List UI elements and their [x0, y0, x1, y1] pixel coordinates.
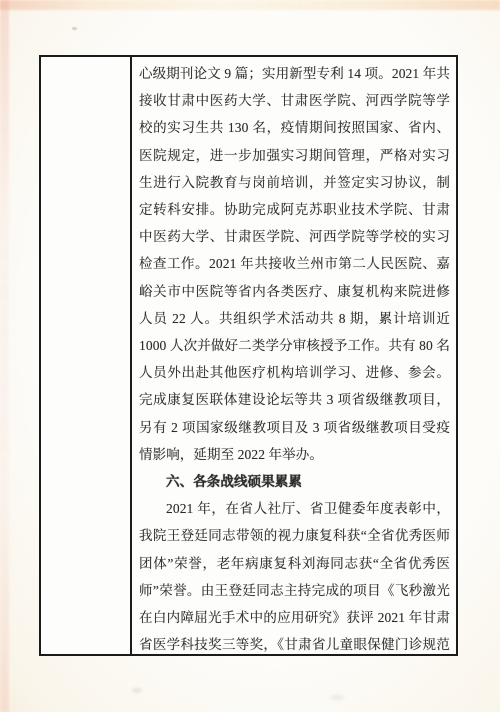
body-paragraph-continued: 心级期刊论文 9 篇；实用新型专利 14 项。2021 年共接收甘肃中医药大学、…	[139, 60, 450, 468]
scan-artifact-speck	[132, 688, 142, 693]
body-paragraph-achievements: 2021 年，在省人社厅、省卫健委年度表彰中，我院王登廷同志带领的视力康复科获“…	[139, 495, 450, 654]
section-heading: 六、各条战线硕果累累	[139, 468, 450, 495]
report-table: 心级期刊论文 9 篇；实用新型专利 14 项。2021 年共接收甘肃中医药大学、…	[39, 55, 458, 656]
scanned-document-page: 心级期刊论文 9 篇；实用新型专利 14 项。2021 年共接收甘肃中医药大学、…	[0, 0, 500, 712]
scan-edge-tint-left	[0, 0, 9, 712]
scan-artifact-speck	[330, 695, 344, 700]
scan-artifact-speck	[72, 27, 77, 30]
scan-edge-tint-top	[0, 0, 500, 10]
table-label-cell-empty	[41, 57, 132, 654]
table-text-cell: 心级期刊论文 9 篇；实用新型专利 14 项。2021 年共接收甘肃中医药大学、…	[132, 57, 456, 654]
